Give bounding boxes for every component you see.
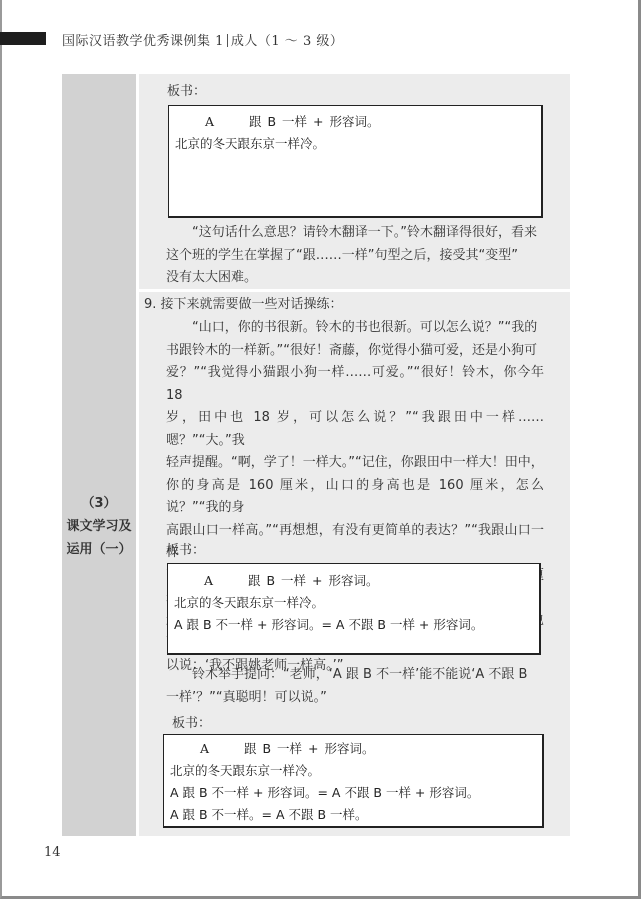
book-title: 国际汉语教学优秀课例集 1 [62, 34, 224, 49]
board-rule: A 跟 B 不一样 + 形容词。= A 不跟 B 一样 + 形容词。 [170, 782, 542, 804]
content-cell-2: 9. 接下来就需要做一些对话操练： “山口，你的书很新。铃木的书也很新。可以怎么… [139, 292, 570, 836]
section-number: （3） [62, 492, 136, 515]
header-separator [227, 34, 228, 47]
board-pattern: A跟 B 一样 + 形容词。 [170, 738, 542, 760]
board-label: 板书： [166, 539, 205, 558]
board-example: 北京的冬天跟东京一样冷。 [170, 760, 542, 782]
board-label: 板书： [167, 80, 206, 99]
section-title-line1: 课文学习及 [62, 515, 136, 538]
question-paragraph: 铃木举手提问：“老师，‘A 跟 B 不一样’能不能说‘A 不跟 B 一样’？”“… [166, 664, 544, 709]
board-rule: A 跟 B 不一样。= A 不跟 B 一样。 [170, 804, 542, 826]
section-column: （3） 课文学习及 运用（一） [62, 74, 136, 836]
blackboard-box: A跟 B 一样 + 形容词。 北京的冬天跟东京一样冷。 [168, 105, 543, 218]
section-title-line2: 运用（一） [62, 538, 136, 561]
content-cell-1: 板书： A跟 B 一样 + 形容词。 北京的冬天跟东京一样冷。 “这句话什么意思… [139, 74, 570, 289]
page-number: 14 [44, 845, 61, 860]
board-rule: A 跟 B 不一样 + 形容词。= A 不跟 B 一样 + 形容词。 [174, 614, 539, 636]
board-pattern: A跟 B 一样 + 形容词。 [175, 111, 541, 133]
board-example: 北京的冬天跟东京一样冷。 [174, 592, 539, 614]
lesson-table: （3） 课文学习及 运用（一） 板书： A跟 B 一样 + 形容词。 北京的冬天… [62, 74, 570, 836]
section-label: （3） 课文学习及 运用（一） [62, 492, 136, 561]
step-heading: 9. 接下来就需要做一些对话操练： [144, 294, 564, 317]
commentary-paragraph: “这句话什么意思？请铃木翻译一下。”铃木翻译得很好，看来 这个班的学生在掌握了“… [166, 222, 544, 290]
blackboard-box: A跟 B 一样 + 形容词。 北京的冬天跟东京一样冷。 A 跟 B 不一样 + … [167, 563, 541, 655]
header-decoration-bar [0, 32, 46, 45]
board-example: 北京的冬天跟东京一样冷。 [175, 133, 541, 155]
blackboard-box: A跟 B 一样 + 形容词。 北京的冬天跟东京一样冷。 A 跟 B 不一样 + … [163, 734, 544, 828]
book-subtitle: 成人（1 ～ 3 级） [231, 34, 343, 49]
board-label: 板书： [172, 712, 211, 731]
running-head: 国际汉语教学优秀课例集 1成人（1 ～ 3 级） [62, 30, 343, 49]
board-pattern: A跟 B 一样 + 形容词。 [174, 570, 539, 592]
